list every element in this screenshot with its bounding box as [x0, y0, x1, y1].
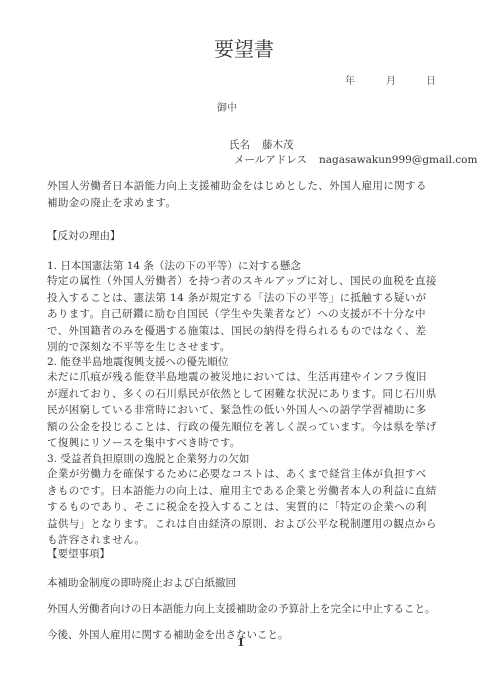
reason-3-heading: 3. 受益者負担原則の逸脱と企業努力の欠如 [47, 451, 249, 466]
sender-email-line: メールアドレスnagasawakun999@gmail.com [234, 152, 477, 167]
page-number: 1 [237, 636, 245, 649]
reason-1-heading: 1. 日本国憲法第 14 条（法の下の平等）に対する懸念 [47, 258, 301, 273]
addressee: 御中 [217, 99, 237, 114]
reason-2-body: 未だに爪痕が残る能登半島地震の被災地においては、生活再建やインフラ復旧が遅れてお… [47, 369, 437, 452]
requests-heading: 【要望事項】 [47, 546, 110, 561]
name-label: 氏名 [229, 139, 250, 151]
reason-2-heading: 2. 能登半島地震復興支援への優先順位 [47, 354, 228, 369]
document-title: 要望書 [214, 33, 274, 62]
sender-name: 藤木茂 [262, 139, 294, 151]
date-month-label: 月 [386, 72, 396, 87]
request-item-3: 今後、外国人雇用に関する補助金を出さないこと。 [47, 627, 289, 642]
sender-name-line: 氏名藤木茂 [229, 137, 294, 152]
intro-paragraph: 外国人労働者日本語能力向上支援補助金をはじめとした、外国人雇用に関する補助金の廃… [47, 178, 437, 211]
reason-3-body: 企業が労働力を確保するために必要なコストは、あくまで経営主体が負担すべきものです… [47, 466, 437, 549]
date-year-label: 年 [345, 72, 355, 87]
request-item-2: 外国人労働者向けの日本語能力向上支援補助金の予算計上を完全に中止すること。 [47, 601, 436, 616]
email-label: メールアドレス [234, 154, 307, 166]
request-item-1: 本補助金制度の即時廃止および白紙撤回 [47, 575, 236, 590]
reasons-heading: 【反対の理由】 [47, 228, 121, 243]
date-day-label: 日 [426, 72, 436, 87]
reason-1-body: 特定の属性（外国人労働者）を持つ者のスキルアップに対し、国民の血税を直接投入する… [47, 273, 437, 356]
sender-email: nagasawakun999@gmail.com [319, 154, 477, 166]
